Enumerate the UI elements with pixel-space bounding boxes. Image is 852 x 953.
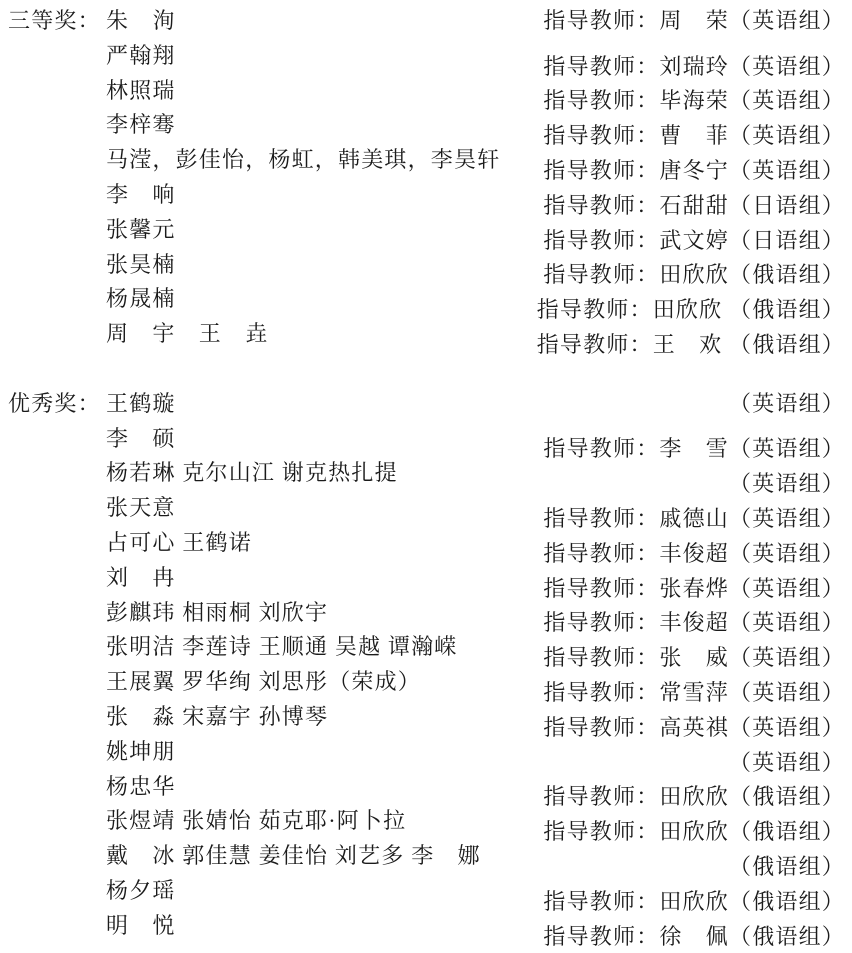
award-row: 杨忠华指导教师：田欣欣（俄语组） <box>8 770 845 805</box>
advisor-info: 指导教师：曹 菲（英语组） <box>543 119 845 154</box>
winner-names: 张 淼 宋嘉宇 孙博琴 <box>106 700 328 735</box>
section-label-spacer <box>8 665 106 700</box>
advisor-info: 指导教师：田欣欣 （俄语组） <box>537 293 845 328</box>
winner-names: 严翰翔 <box>106 39 176 74</box>
section-label-spacer <box>8 839 106 874</box>
winner-cell: 严翰翔 <box>8 39 176 74</box>
winner-names: 杨晟楠 <box>106 282 176 317</box>
section-label-spacer <box>8 804 106 839</box>
winner-cell: 张馨元 <box>8 213 176 248</box>
winner-cell: 明 悦 <box>8 909 176 944</box>
award-row: 三等奖：朱 洵指导教师：周 荣（英语组） <box>8 4 845 39</box>
advisor-info: 指导教师：丰俊超（英语组） <box>543 537 845 572</box>
winner-cell: 刘 冉 <box>8 561 176 596</box>
winner-names: 张煜靖 张婧怡 茹克耶·阿卜拉 <box>106 804 406 839</box>
winner-cell: 李 硕 <box>8 422 176 457</box>
winner-names: 杨忠华 <box>106 770 176 805</box>
section-label-spacer <box>8 422 106 457</box>
winner-cell: 张煜靖 张婧怡 茹克耶·阿卜拉 <box>8 804 406 839</box>
advisor-info: 指导教师：丰俊超（英语组） <box>543 606 845 641</box>
section-label: 三等奖： <box>8 4 106 39</box>
advisor-info: 指导教师：周 荣（英语组） <box>543 4 845 39</box>
advisor-info: 指导教师：高英祺（英语组） <box>543 711 845 746</box>
winner-names: 王鹤璇 <box>106 387 176 422</box>
winner-names: 张明洁 李莲诗 王顺通 吴越 谭瀚嵘 <box>106 630 458 665</box>
section-label-spacer <box>8 282 106 317</box>
page: { "document": { "background_color": "#ff… <box>0 0 852 953</box>
section-label-spacer <box>8 108 106 143</box>
award-list-document: 三等奖：朱 洵指导教师：周 荣（英语组）严翰翔指导教师：刘瑞玲（英语组）林照瑞指… <box>0 0 852 944</box>
advisor-info: （英语组） <box>729 746 845 781</box>
advisor-info: 指导教师：毕海荣（英语组） <box>543 84 845 119</box>
winner-names: 张昊楠 <box>106 248 176 283</box>
advisor-info: 指导教师：常雪萍（英语组） <box>543 676 845 711</box>
advisor-info: （俄语组） <box>729 850 845 885</box>
section-label-spacer <box>8 491 106 526</box>
section-label-spacer <box>8 248 106 283</box>
winner-cell: 张明洁 李莲诗 王顺通 吴越 谭瀚嵘 <box>8 630 458 665</box>
section-label-spacer <box>8 874 106 909</box>
advisor-info: 指导教师：田欣欣（俄语组） <box>543 780 845 815</box>
winner-names: 李梓骞 <box>106 108 176 143</box>
advisor-info: 指导教师：田欣欣（俄语组） <box>543 258 845 293</box>
advisor-info: 指导教师：石甜甜（日语组） <box>543 189 845 224</box>
winner-cell: 周 宇 王 垚 <box>8 317 268 352</box>
winner-names: 姚坤朋 <box>106 735 176 770</box>
winner-names: 杨夕瑶 <box>106 874 176 909</box>
winner-cell: 张天意 <box>8 491 176 526</box>
winner-cell: 张昊楠 <box>8 248 176 283</box>
winner-names: 张馨元 <box>106 213 176 248</box>
advisor-info: 指导教师：武文婷（日语组） <box>543 224 845 259</box>
section-label-spacer <box>8 143 106 178</box>
winner-cell: 杨夕瑶 <box>8 874 176 909</box>
section-label-spacer <box>8 770 106 805</box>
winner-cell: 李 响 <box>8 178 176 213</box>
winner-names: 马滢，彭佳怡，杨虹，韩美琪，李昊轩 <box>106 143 500 178</box>
winner-cell: 林照瑞 <box>8 74 176 109</box>
winner-names: 林照瑞 <box>106 74 176 109</box>
winner-cell: 彭麒玮 相雨桐 刘欣宇 <box>8 596 328 631</box>
section-label-spacer <box>8 317 106 352</box>
winner-cell: 优秀奖：王鹤璇 <box>8 387 176 422</box>
section-label-spacer <box>8 526 106 561</box>
section-label-spacer <box>8 456 106 491</box>
section-label-spacer <box>8 74 106 109</box>
section-label-spacer <box>8 700 106 735</box>
section-label-spacer <box>8 213 106 248</box>
advisor-info: 指导教师：王 欢 （俄语组） <box>537 328 845 363</box>
winner-names: 戴 冰 郭佳慧 姜佳怡 刘艺多 李 娜 <box>106 839 481 874</box>
winner-cell: 杨忠华 <box>8 770 176 805</box>
advisor-info: 指导教师：张春烨（英语组） <box>543 572 845 607</box>
winner-cell: 王展翼 罗华绚 刘思彤（荣成） <box>8 665 421 700</box>
section-label: 优秀奖： <box>8 387 106 422</box>
section-label-spacer <box>8 39 106 74</box>
winner-cell: 张 淼 宋嘉宇 孙博琴 <box>8 700 328 735</box>
advisor-info: 指导教师：田欣欣（俄语组） <box>543 885 845 920</box>
winner-cell: 戴 冰 郭佳慧 姜佳怡 刘艺多 李 娜 <box>8 839 481 874</box>
winner-cell: 李梓骞 <box>8 108 176 143</box>
winner-names: 彭麒玮 相雨桐 刘欣宇 <box>106 596 328 631</box>
winner-cell: 杨晟楠 <box>8 282 176 317</box>
winner-names: 李 响 <box>106 178 176 213</box>
award-row: 张天意指导教师：戚德山（英语组） <box>8 491 845 526</box>
advisor-info: 指导教师：田欣欣（俄语组） <box>543 815 845 850</box>
winner-names: 王展翼 罗华绚 刘思彤（荣成） <box>106 665 421 700</box>
advisor-info: 指导教师：张 威（英语组） <box>543 641 845 676</box>
advisor-info: 指导教师：刘瑞玲（英语组） <box>543 50 845 85</box>
section-label-spacer <box>8 561 106 596</box>
winner-names: 张天意 <box>106 491 176 526</box>
winner-names: 占可心 王鹤诺 <box>106 526 252 561</box>
award-row: 杨夕瑶指导教师：田欣欣（俄语组） <box>8 874 845 909</box>
advisor-info: 指导教师：李 雪（英语组） <box>543 432 845 467</box>
advisor-info: 指导教师：唐冬宁（英语组） <box>543 154 845 189</box>
award-row: 李 硕指导教师：李 雪（英语组） <box>8 422 845 457</box>
winner-names: 朱 洵 <box>106 4 176 39</box>
winner-cell: 马滢，彭佳怡，杨虹，韩美琪，李昊轩 <box>8 143 500 178</box>
winner-cell: 杨若琳 克尔山江 谢克热扎提 <box>8 456 398 491</box>
winner-cell: 占可心 王鹤诺 <box>8 526 252 561</box>
advisor-info: （英语组） <box>729 387 845 422</box>
advisor-info: （英语组） <box>729 467 845 502</box>
winner-names: 杨若琳 克尔山江 谢克热扎提 <box>106 456 398 491</box>
section-label-spacer <box>8 909 106 944</box>
advisor-info: 指导教师：徐 佩（俄语组） <box>543 920 845 953</box>
section-label-spacer <box>8 596 106 631</box>
section-label-spacer <box>8 178 106 213</box>
winner-names: 李 硕 <box>106 422 176 457</box>
award-row: 严翰翔指导教师：刘瑞玲（英语组） <box>8 39 845 74</box>
section-label-spacer <box>8 630 106 665</box>
advisor-info: 指导教师：戚德山（英语组） <box>543 502 845 537</box>
winner-names: 明 悦 <box>106 909 176 944</box>
winner-names: 刘 冉 <box>106 561 176 596</box>
winner-cell: 姚坤朋 <box>8 735 176 770</box>
winner-names: 周 宇 王 垚 <box>106 317 268 352</box>
winner-cell: 三等奖：朱 洵 <box>8 4 176 39</box>
award-row: 优秀奖：王鹤璇（英语组） <box>8 387 845 422</box>
section-label-spacer <box>8 735 106 770</box>
